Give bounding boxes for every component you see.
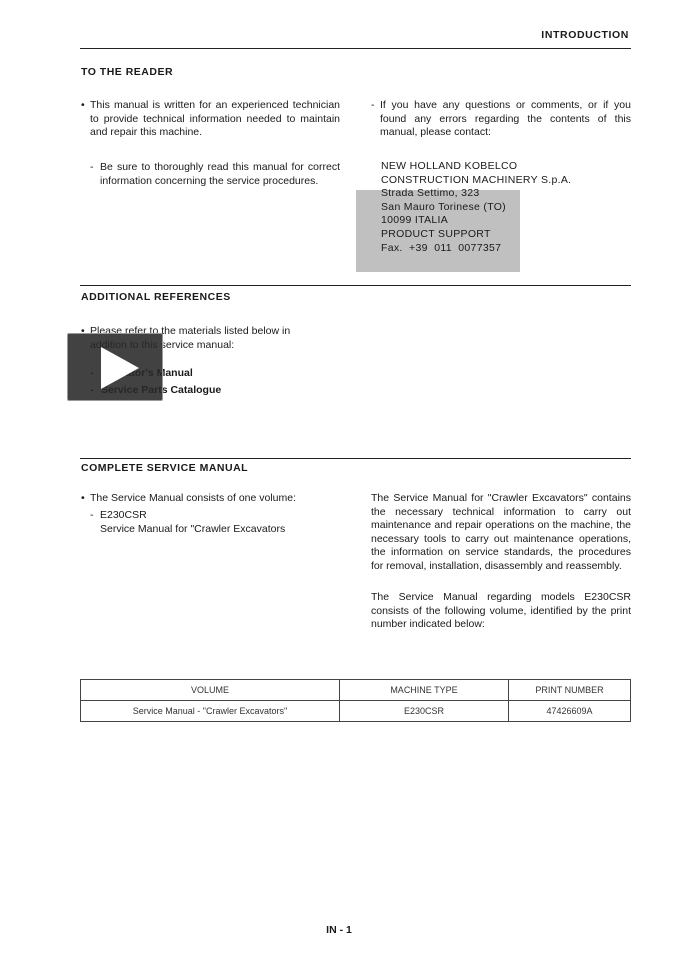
contact-line: Strada Settimo, 323 [381, 187, 571, 201]
reader-read-text: Be sure to thoroughly read this manual f… [100, 161, 340, 188]
table-header-row: VOLUME MACHINE TYPE PRINT NUMBER [81, 680, 631, 701]
csm-volume-text: The Service Manual consists of one volum… [90, 492, 351, 506]
col-header-machine-type: MACHINE TYPE [340, 680, 509, 701]
contact-line: PRODUCT SUPPORT [381, 228, 571, 242]
contact-line: San Mauro Torinese (TO) [381, 201, 571, 215]
dash-marker: - [371, 99, 380, 140]
play-icon [101, 347, 139, 389]
cell-print-number: 47426609A [509, 701, 631, 722]
bullet-marker: • [81, 99, 90, 140]
csm-description: The Service Manual for "Crawler Excavato… [371, 492, 631, 574]
reader-contact-text: If you have any questions or comments, o… [380, 99, 631, 140]
section-title-to-the-reader: TO THE READER [81, 66, 173, 78]
csm-volume-note: The Service Manual regarding models E230… [371, 591, 631, 632]
csm-manual-name: Service Manual for "Crawler Excavators [100, 523, 340, 537]
csm-volume-bullet: • The Service Manual consists of one vol… [81, 492, 351, 506]
contact-line: NEW HOLLAND KOBELCO [381, 160, 571, 174]
running-header-section: INTRODUCTION [541, 29, 629, 41]
table-row: Service Manual - "Crawler Excavators" E2… [81, 701, 631, 722]
csm-volume-dash: - E230CSR Service Manual for "Crawler Ex… [90, 509, 340, 536]
reader-intro-text: This manual is written for an experience… [90, 99, 340, 140]
reader-read-dash: - Be sure to thoroughly read this manual… [90, 161, 340, 188]
reader-contact-dash: - If you have any questions or comments,… [371, 99, 631, 140]
header-divider [80, 48, 631, 49]
csm-model: E230CSR [100, 509, 340, 523]
section-divider [80, 458, 631, 459]
page-number: IN - 1 [0, 924, 678, 936]
video-play-button[interactable] [67, 333, 163, 401]
dash-marker: - [90, 161, 100, 188]
volume-table: VOLUME MACHINE TYPE PRINT NUMBER Service… [80, 679, 631, 722]
contact-address: NEW HOLLAND KOBELCO CONSTRUCTION MACHINE… [381, 160, 571, 255]
contact-fax: Fax. +39 011 0077357 [381, 242, 571, 256]
cell-machine-type: E230CSR [340, 701, 509, 722]
section-title-additional-references: ADDITIONAL REFERENCES [81, 291, 231, 303]
csm-volume-detail: E230CSR Service Manual for "Crawler Exca… [100, 509, 340, 536]
col-header-volume: VOLUME [81, 680, 340, 701]
section-title-complete-service-manual: COMPLETE SERVICE MANUAL [81, 462, 248, 474]
contact-line: 10099 ITALIA [381, 214, 571, 228]
section-divider [80, 285, 631, 286]
dash-marker: - [90, 509, 100, 536]
reader-intro-bullet: • This manual is written for an experien… [81, 99, 340, 140]
col-header-print-number: PRINT NUMBER [509, 680, 631, 701]
contact-line: CONSTRUCTION MACHINERY S.p.A. [381, 174, 571, 188]
bullet-marker: • [81, 492, 90, 506]
cell-volume: Service Manual - "Crawler Excavators" [81, 701, 340, 722]
